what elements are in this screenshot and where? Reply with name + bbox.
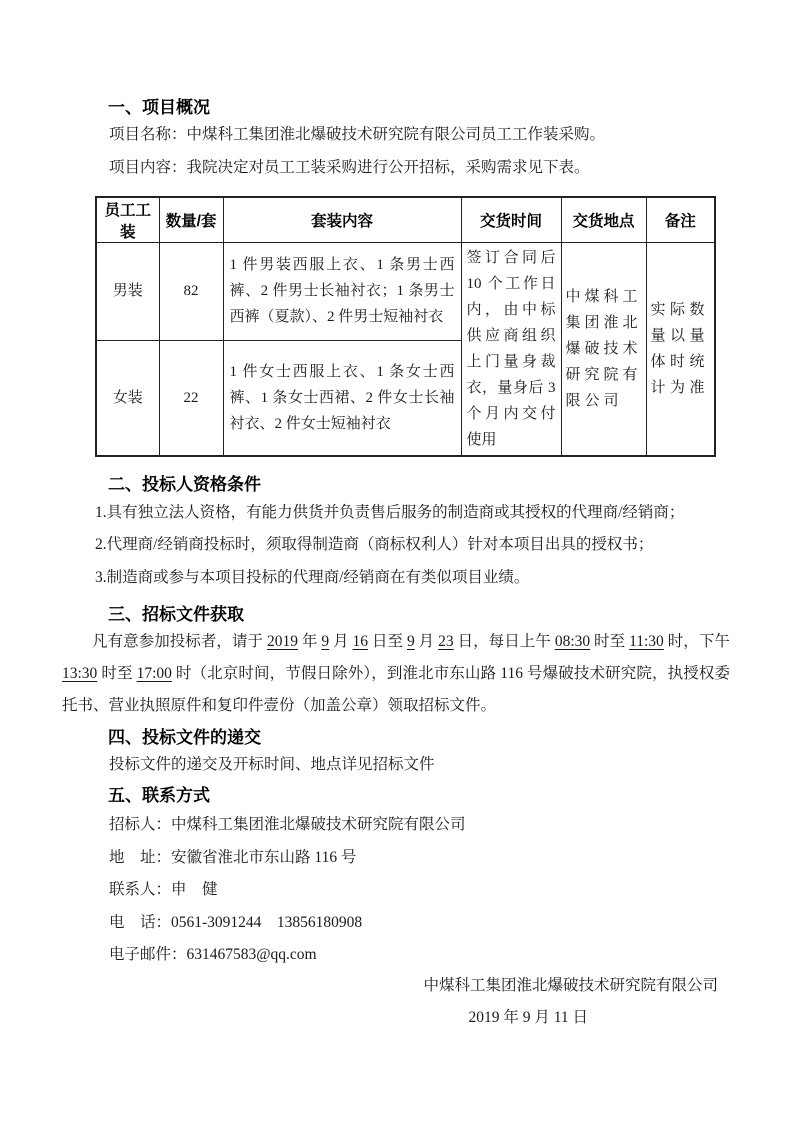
start-day-underlined: 16: [353, 633, 369, 650]
contact-value: 中煤科工集团淮北爆破技术研究院有限公司: [171, 816, 466, 833]
cell-category-women: 女装: [96, 340, 159, 456]
project-name-line: 项目名称：中煤科工集团淮北爆破技术研究院有限公司员工工作装采购。: [95, 125, 718, 145]
section-contact-heading: 五、联系方式: [95, 786, 718, 806]
tender-text: 凡有意参加投标者，请于: [92, 633, 267, 650]
col-header-set-content: 套装内容: [223, 197, 461, 243]
contact-address-line: 地 址：安徽省淮北市东山路 116 号: [95, 848, 718, 868]
tender-text: 日，每日上午: [454, 633, 555, 650]
section-overview-heading: 一、项目概况: [95, 98, 718, 118]
contact-value: 安徽省淮北市东山路 116 号: [171, 849, 356, 866]
tender-text: 时至: [590, 633, 629, 650]
table-header-row: 员工工装 数量/套 套装内容 交货时间 交货地点 备注: [96, 197, 715, 243]
date-year-underlined: 2019: [267, 633, 298, 650]
tender-text: 月: [415, 633, 438, 650]
qualification-item-3: 3.制造商或参与本项目投标的代理商/经销商在有类似项目业绩。: [95, 568, 718, 588]
procurement-table: 员工工装 数量/套 套装内容 交货时间 交货地点 备注 男装 82 1 件男装西…: [95, 196, 716, 457]
contact-value: 631467583@qq.com: [187, 946, 317, 963]
contact-person-line: 联系人：申 健: [95, 880, 718, 900]
contact-label: 地 址：: [109, 849, 171, 866]
contact-tenderer-line: 招标人：中煤科工集团淮北爆破技术研究院有限公司: [95, 815, 718, 835]
contact-email-line: 电子邮件：631467583@qq.com: [95, 945, 718, 965]
submission-paragraph: 投标文件的递交及开标时间、地点详见招标文件: [95, 755, 718, 775]
cell-content-men: 1 件男装西服上衣、1 条男士西裤、2 件男士长袖衬衣；1 条男士西裤（夏款）、…: [223, 243, 461, 341]
am-end-time-underlined: 11:30: [629, 633, 664, 650]
col-header-uniform: 员工工装: [96, 197, 159, 243]
contact-phone-line: 电 话：0561-3091244 13856180908: [95, 913, 718, 933]
tender-obtain-paragraph: 凡有意参加投标者，请于 2019 年 9 月 16 日至 9 月 23 日，每日…: [62, 626, 730, 722]
section-obtain-heading: 三、招标文件获取: [95, 605, 718, 625]
qualification-item-1: 1.具有独立法人资格，有能力供货并负责售后服务的制造商或其授权的代理商/经销商；: [95, 503, 718, 523]
end-month-underlined: 9: [407, 633, 415, 650]
cell-category-men: 男装: [96, 243, 159, 341]
tender-text: 时，下午: [664, 633, 730, 650]
tender-text: 日至: [368, 633, 407, 650]
document-page: 一、项目概况 项目名称：中煤科工集团淮北爆破技术研究院有限公司员工工作装采购。 …: [0, 0, 793, 1122]
cell-content-women: 1 件女士西服上衣、1 条女士西裤、1 条女士西裙、2 件女士长袖衬衣、2 件女…: [223, 340, 461, 456]
tender-text: 时至: [97, 665, 136, 682]
section-submission-heading: 四、投标文件的递交: [95, 728, 718, 748]
contact-label: 联系人：: [109, 881, 171, 898]
qualification-item-2: 2.代理商/经销商投标时，须取得制造商（商标权利人）针对本项目出具的授权书；: [95, 535, 718, 555]
contact-label: 电子邮件：: [109, 946, 187, 963]
project-content-line: 项目内容：我院决定对员工工装采购进行公开招标，采购需求见下表。: [95, 158, 718, 178]
pm-end-time-underlined: 17:00: [137, 665, 172, 682]
signature-date: 2019 年 9 月 11 日: [95, 1008, 718, 1028]
contact-value: 0561-3091244 13856180908: [171, 914, 362, 931]
table-row-men: 男装 82 1 件男装西服上衣、1 条男士西裤、2 件男士长袖衬衣；1 条男士西…: [96, 243, 715, 341]
col-header-delivery-time: 交货时间: [461, 197, 561, 243]
am-start-time-underlined: 08:30: [555, 633, 590, 650]
cell-quantity-men: 82: [159, 243, 223, 341]
tender-text: 月: [329, 633, 352, 650]
section-qualification-heading: 二、投标人资格条件: [95, 475, 718, 495]
cell-remark: 实际数量以量体时统计为准: [646, 243, 715, 457]
signature-company: 中煤科工集团淮北爆破技术研究院有限公司: [95, 976, 718, 996]
col-header-remark: 备注: [646, 197, 715, 243]
col-header-delivery-place: 交货地点: [561, 197, 646, 243]
pm-start-time-underlined: 13:30: [62, 665, 97, 682]
tender-text: 年: [298, 633, 321, 650]
col-header-quantity: 数量/套: [159, 197, 223, 243]
contact-label: 招标人：: [109, 816, 171, 833]
contact-value: 申 健: [171, 881, 218, 898]
cell-quantity-women: 22: [159, 340, 223, 456]
start-month-underlined: 9: [321, 633, 329, 650]
cell-delivery-place: 中煤科工集团淮北爆破技术研究院有限公司: [561, 243, 646, 457]
document-content: 一、项目概况 项目名称：中煤科工集团淮北爆破技术研究院有限公司员工工作装采购。 …: [0, 0, 793, 1028]
contact-label: 电 话：: [109, 914, 171, 931]
end-day-underlined: 23: [438, 633, 454, 650]
cell-delivery-time: 签订合同后 10 个工作日内，由中标供应商组织上门量身裁衣，量身后 3 个月内交…: [461, 243, 561, 457]
